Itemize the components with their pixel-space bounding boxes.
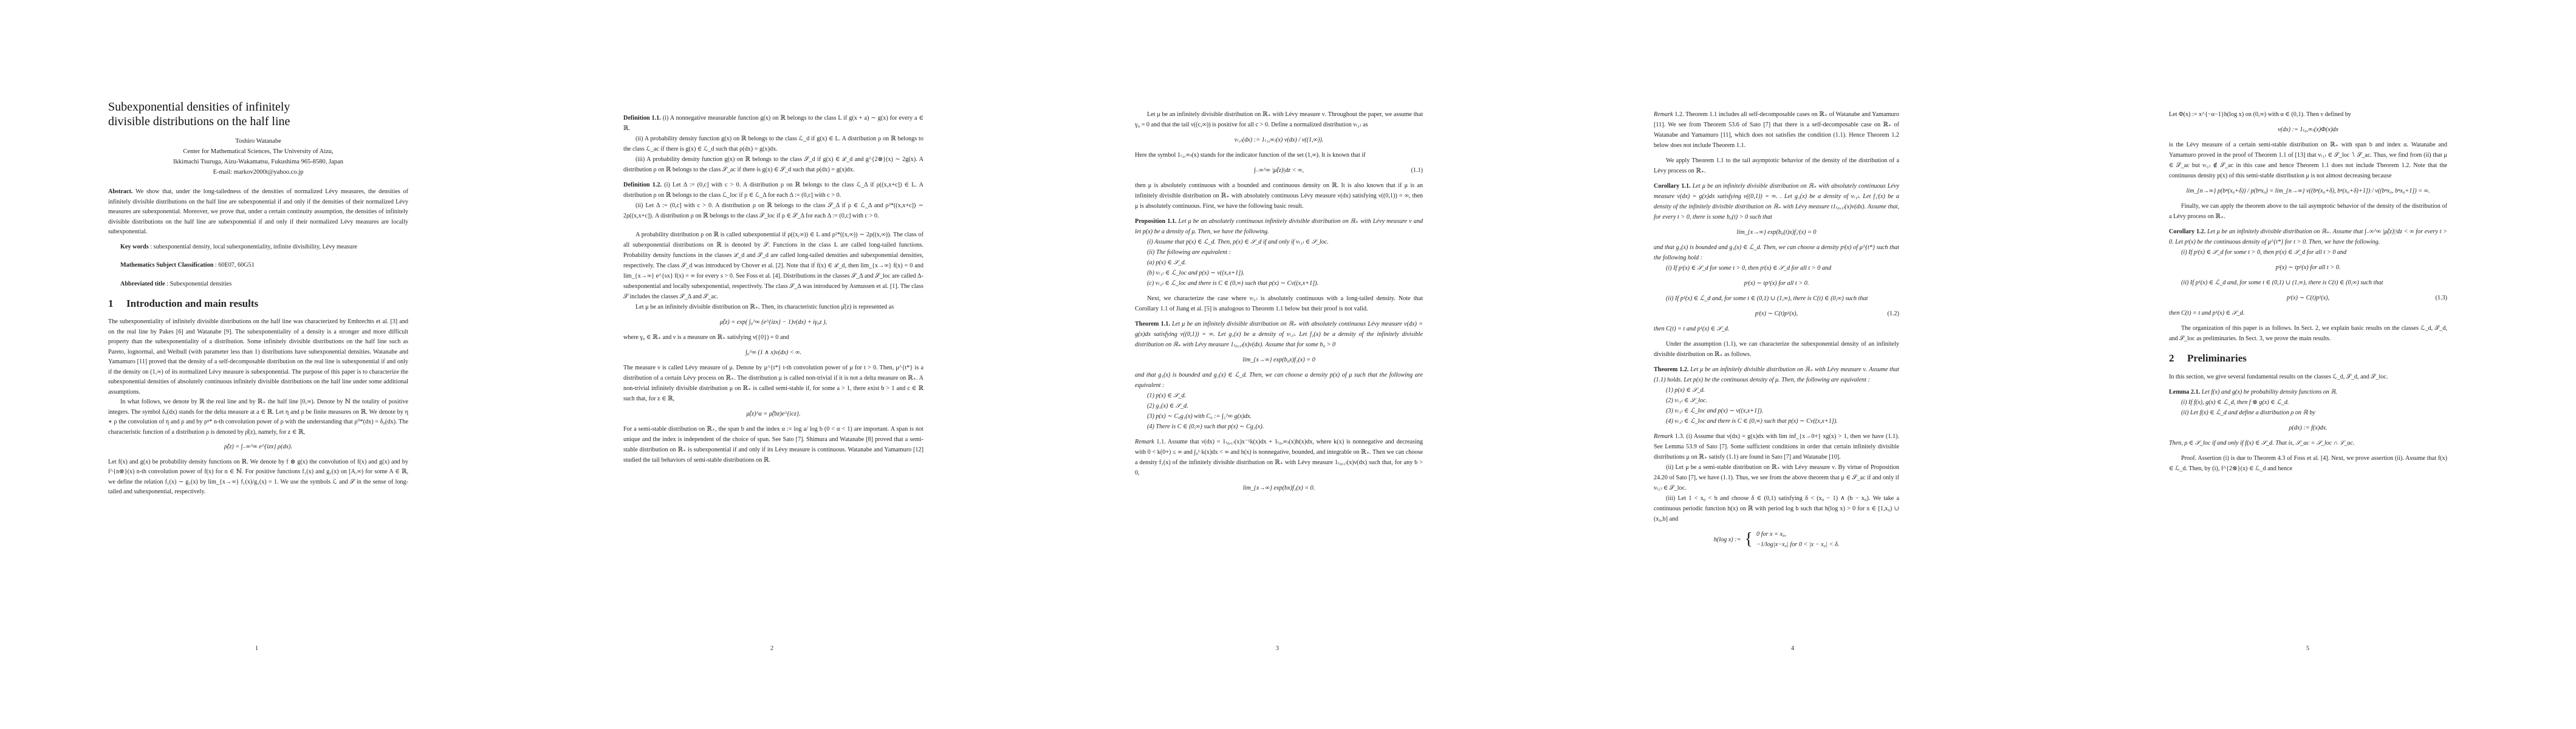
theorem-label: Theorem 1.1. [1135, 321, 1170, 327]
lemma-end: Then, ρ ∈ 𝒮_loc if and only if f(x) ∈ 𝒮_… [2169, 438, 2447, 448]
section-heading-1: 1Introduction and main results [108, 298, 408, 310]
page-number: 5 [2306, 645, 2309, 652]
definition-1-1-i: (i) A nonnegative measurable function g(… [623, 115, 923, 132]
remark-label: Remark [1135, 439, 1154, 445]
paragraph-preliminaries: In this section, we give several fundame… [2169, 372, 2447, 382]
paragraph-phi: Let Φ(x) := x^{−α−1}h(log x) on (0,∞) wi… [2169, 109, 2447, 120]
lemma-item-ii: (ii) Let f(x) ∈ ℒ_d and define a distrib… [2169, 408, 2447, 418]
theorem-item: (3) ν₍₁₎ ∈ ℒ_loc and p(x) ∼ ν((x,x+1]). [1654, 406, 1899, 416]
proposition-item: (ii) The following are equivalent : [1135, 247, 1423, 258]
keywords: Key words : subexponential density, loca… [108, 242, 408, 253]
equation-1-3-body: pᵗ(x) ∼ C(t)p¹(x), [2287, 295, 2329, 301]
page-number: 3 [1276, 645, 1279, 652]
paragraph-organization: The organization of this paper is as fol… [2169, 323, 2447, 344]
remark-number: 1.3. [1673, 433, 1685, 440]
paragraph-next: Next, we characterize the case where ν₍₁… [1135, 293, 1423, 314]
lemma-label: Lemma 2.1. [2169, 389, 2200, 395]
proposition-text: Let μ be an absolutely continuous infini… [1135, 218, 1423, 235]
corollary-item-ii: (ii) If p¹(x) ∈ ℒ_d and, for some t ∈ (0… [2169, 278, 2447, 288]
remark-1-3: Remark 1.3. (i) Assume that ν(dx) = g(x)… [1654, 431, 1899, 462]
page-3-body: Let μ be an infinitely divisible distrib… [1135, 109, 1423, 498]
definition-1-2-i: (i) Let Δ := (0,c] with c > 0. A distrib… [623, 182, 923, 199]
remark-1-3-i: (i) Assume that ν(dx) = g(x)dx with lim … [1654, 433, 1899, 460]
lemma-2-1: Lemma 2.1. Let f(x) and g(x) be probabil… [2169, 387, 2447, 397]
page-number: 4 [1791, 645, 1794, 652]
corollary-label: Corollary 1.1. [1654, 183, 1691, 190]
remark-text: Assume that ν(dx) = 1₍₀,₁₎(x)x⁻¹k(x)dx +… [1135, 439, 1423, 476]
equation-pt-tp1: pᵗ(x) ∼ tp¹(x) for all t > 0. [1654, 278, 1899, 289]
equation-limit-b: lim_{x→∞} exp(bx)f₁(x) = 0. [1135, 483, 1423, 493]
paragraph-indicator: Here the symbol 1₍₁,∞₎(x) stands for the… [1135, 150, 1423, 160]
theorem-item: (4) There is C ∈ (0,∞) such that p(x) ∼ … [1135, 422, 1423, 432]
page-number: 1 [255, 645, 258, 652]
affiliation-line-2: Ikkimachi Tsuruga, Aizu-Wakamatsu, Fukus… [108, 157, 408, 167]
theorem-text: Let μ be an infinitely divisible distrib… [1135, 321, 1423, 348]
equation-number: (1.2) [1887, 309, 1899, 319]
msc-text: : 60E07, 60G51 [213, 262, 254, 269]
equation-rho-f: ρ(dx) := f(x)dx. [2169, 423, 2447, 433]
definition-1-1-ii: (ii) A probability density function g(x)… [623, 134, 923, 154]
paragraph-under-assumption: Under the assumption (1.1), we can chara… [1654, 339, 1899, 360]
corollary-end: then C(t) = t and p¹(x) ∈ 𝒮_d. [1654, 324, 1899, 334]
equation-levy-khintchine: μ̂(z) = exp( ∫₀^∞ (e^{izx} − 1)ν(dx) + i… [623, 317, 923, 327]
theorem-text: Let μ be an infinitely divisible distrib… [1654, 366, 1899, 383]
equation-limit-b0t: lim_{x→∞} exp(b₀(t)x)f₁ᵗ(x) = 0 [1654, 227, 1899, 238]
author-block: Toshiro Watanabe Center for Mathematical… [108, 136, 408, 177]
remark-number: 1.2. [1673, 111, 1684, 118]
keywords-text: : subexponential density, local subexpon… [149, 244, 357, 250]
lemma-item-i: (i) If f(x), g(x) ∈ ℒ_d, then f ⊗ g(x) ∈… [2169, 397, 2447, 408]
equation-semi-stable: μ̂(z)^a = μ̂(bz)e^{icz}. [623, 409, 923, 419]
page-5-body: Let Φ(x) := x^{−α−1}h(log x) on (0,∞) wi… [2169, 109, 2447, 474]
corollary-1-2: Corollary 1.2. Let μ be an infinitely di… [2169, 227, 2447, 247]
paragraph-subexponential: A probability distribution ρ on ℝ is cal… [623, 230, 923, 302]
equation-h-case-2: −1/log|x−x₀| for 0 < |x − x₀| < δ. [1756, 539, 1839, 550]
intro-paragraph-2: In what follows, we denote by ℝ the real… [108, 397, 408, 437]
equation-number: (1.1) [1411, 165, 1423, 176]
abbrev-text: : Subexponential densities [165, 281, 232, 287]
equation-1-2: pᵗ(x) ∼ C(t)p¹(x), (1.2) [1654, 309, 1899, 319]
remark-1-3-iii: (iii) Let 1 < x₀ < b and choose δ ∈ (0,1… [1654, 493, 1899, 524]
abstract-label: Abstract. [108, 188, 132, 195]
page-2: Definition 1.1. (i) A nonnegative measur… [515, 0, 1030, 729]
remark-1-1: Remark 1.1. Assume that ν(dx) = 1₍₀,₁₎(x… [1135, 437, 1423, 478]
equation-nu-phi: ν(dx) := 1₍₀,∞₎(x)Φ(x)dx [2169, 125, 2447, 135]
page-number: 2 [770, 645, 773, 652]
abbrev-label: Abbreviated title [120, 281, 165, 287]
remark-1-2: Remark 1.2. Theorem 1.1 includes all sel… [1654, 109, 1899, 151]
corollary-1-1: Corollary 1.1. Let μ be an infinitely di… [1654, 181, 1899, 222]
page-4-body: Remark 1.2. Theorem 1.1 includes all sel… [1654, 109, 1899, 555]
proof-paragraph: Proof. Assertion (i) is due to Theorem 4… [2169, 453, 2447, 474]
corollary-text: Let μ be an infinitely divisible distrib… [2169, 228, 2447, 245]
proposition-1-1: Proposition 1.1. Let μ be an absolutely … [1135, 216, 1423, 237]
remark-number: 1.1. [1154, 439, 1166, 445]
brace-icon: { [1745, 531, 1753, 548]
author-name: Toshiro Watanabe [108, 136, 408, 146]
abstract: Abstract. We show that, under the long-t… [108, 187, 408, 238]
intro-paragraph-1: The subexponentiality of infinitely divi… [108, 317, 408, 397]
page-3: Let μ be an infinitely divisible distrib… [1030, 0, 1546, 729]
theorem-item: (1) p(x) ∈ 𝒮_d. [1654, 385, 1899, 395]
equation-1-1-body: ∫₋∞^∞ |μ̂(z)|dz < ∞, [1254, 167, 1304, 174]
equation-1-2-body: pᵗ(x) ∼ C(t)p¹(x), [1755, 310, 1798, 317]
abstract-text: We show that, under the long-tailedness … [108, 188, 408, 235]
keywords-label: Key words [120, 244, 149, 250]
definition-1-1-iii: (iii) A probability density function g(x… [623, 154, 923, 175]
remark-1-3-ii: (ii) Let μ be a semi-stable distribution… [1654, 462, 1899, 493]
theorem-item: (4) ν₍₁₎ ∈ ℒ_loc and there is C ∈ (0,∞) … [1654, 416, 1899, 426]
remark-text: Theorem 1.1 includes all self-decomposab… [1654, 111, 1899, 149]
proposition-item: (i) Assume that p(x) ∈ ℒ_d. Then, p(x) ∈… [1135, 237, 1423, 247]
equation-char-function: ρ̂(z) = ∫₋∞^∞ e^{izx} ρ(dx). [108, 442, 408, 453]
page-1: Subexponential densities of infinitely d… [0, 0, 515, 729]
paragraph-semi-stable: For a semi-stable distribution on ℝ₊, th… [623, 424, 923, 465]
page-4: Remark 1.2. Theorem 1.1 includes all sel… [1546, 0, 2061, 729]
definition-1-2: Definition 1.2. (i) Let Δ := (0,c] with … [623, 180, 923, 200]
equation-h-cases: 0 for x = x₀, −1/log|x−x₀| for 0 < |x − … [1756, 529, 1839, 550]
paragraph-levy-semi-stable: is the Lévy measure of a certain semi-st… [2169, 140, 2447, 181]
paragraph-apply: We apply Theorem 1.1 to the tail asympto… [1654, 156, 1899, 176]
paragraph-char-function: Let μ be an infinitely divisible distrib… [623, 302, 923, 312]
page-1-body: Abstract. We show that, under the long-t… [108, 187, 408, 498]
proposition-item: (a) p(x) ∈ 𝒮_d. [1135, 258, 1423, 268]
definition-1-2-ii: (ii) Let Δ := (0,c] with c > 0. A distri… [623, 200, 923, 221]
corollary-label: Corollary 1.2. [2169, 228, 2205, 235]
theorem-item: (1) p(x) ∈ 𝒮_d. [1135, 391, 1423, 401]
equation-limit-b0: lim_{x→∞} exp(b₀x)f₁(x) = 0 [1135, 355, 1423, 365]
equation-h-log: h(log x) := { 0 for x = x₀, −1/log|x−x₀|… [1654, 529, 1899, 550]
intro-paragraph-3: Let f(x) and g(x) be probability density… [108, 457, 408, 498]
equation-normalized-distribution: ν₍₁₎(dx) := 1₍₁,∞₎(x) ν(dx) / ν((1,∞)). [1135, 135, 1423, 145]
affiliation-line-1: Center for Mathematical Sciences, The Un… [108, 146, 408, 157]
section-title: Introduction and main results [126, 298, 258, 309]
equation-1-3: pᵗ(x) ∼ C(t)p¹(x), (1.3) [2169, 293, 2447, 303]
section-number: 2 [2169, 352, 2187, 364]
paragraph-where: where γ₀ ∈ ℝ₊ and ν is a measure on ℝ₊ s… [623, 332, 923, 343]
equation-h-case-1: 0 for x = x₀, [1756, 529, 1839, 539]
section-number: 1 [108, 298, 126, 310]
equation-1-1: ∫₋∞^∞ |μ̂(z)|dz < ∞, (1.1) [1135, 165, 1423, 176]
section-title: Preliminaries [2187, 352, 2247, 364]
equation-pt-tp1: pᵗ(x) ∼ tp¹(x) for all t > 0. [2169, 262, 2447, 273]
theorem-text-continued: and that g₁(x) is bounded and g₁(x) ∈ ℒ_… [1135, 370, 1423, 391]
page-5: Let Φ(x) := x^{−α−1}h(log x) on (0,∞) wi… [2061, 0, 2576, 729]
corollary-text-continued: and that g₁(x) is bounded and g₁(x) ∈ ℒ_… [1654, 242, 1899, 263]
corollary-item-i: (i) If pᵗ(x) ∈ 𝒮_d for some t > 0, then … [2169, 247, 2447, 258]
theorem-1-1: Theorem 1.1. Let μ be an infinitely divi… [1135, 319, 1423, 350]
paragraph-finally: Finally, we can apply the theorem above … [2169, 201, 2447, 222]
section-heading-2: 2Preliminaries [2169, 352, 2447, 364]
lemma-text: Let f(x) and g(x) be probability density… [2202, 389, 2337, 395]
paragraph-levy-measure: The measure ν is called Lévy measure of … [623, 363, 923, 404]
theorem-label: Theorem 1.2. [1654, 366, 1688, 373]
definition-1-1: Definition 1.1. (i) A nonnegative measur… [623, 113, 923, 134]
theorem-item: (2) ν₍₁₎ ∈ 𝒮_loc. [1654, 395, 1899, 406]
theorem-item: (2) g₁(x) ∈ 𝒮_d. [1135, 401, 1423, 411]
paragraph-normalized: Let μ be an infinitely divisible distrib… [1135, 109, 1423, 130]
proposition-label: Proposition 1.1. [1135, 218, 1177, 225]
remark-label: Remark [1654, 111, 1673, 118]
msc-label: Mathematics Subject Classification [120, 262, 213, 269]
definition-label: Definition 1.2. [623, 182, 662, 188]
msc: Mathematics Subject Classification : 60E… [108, 261, 408, 271]
theorem-1-2: Theorem 1.2. Let μ be an infinitely divi… [1654, 364, 1899, 385]
definition-label: Definition 1.1. [623, 115, 661, 122]
proposition-item: (c) ν₍₁₎ ∈ ℒ_loc and there is C ∈ (0,∞) … [1135, 278, 1423, 289]
corollary-item-ii: (ii) If p¹(x) ∈ ℒ_d and, for some t ∈ (0… [1654, 293, 1899, 304]
author-email: E-mail: markov2000t@yahoo.co.jp [108, 167, 408, 177]
theorem-item: (3) p(x) ∼ C₀g₁(x) with C₀ := ∫₁^∞ g(x)d… [1135, 411, 1423, 422]
equation-limit-ratio: lim_{n→∞} p(bⁿ(x₀+δ)) / p(bⁿx₀) = lim_{n… [2169, 186, 2447, 196]
equation-integrability: ∫₀^∞ (1 ∧ x)ν(dx) < ∞. [623, 347, 923, 358]
remark-label: Remark [1654, 433, 1673, 440]
proposition-item: (b) ν₍₁₎ ∈ ℒ_loc and p(x) ∼ ν((x,x+1]). [1135, 268, 1423, 278]
paper-title: Subexponential densities of infinitely d… [108, 100, 309, 129]
equation-h-lhs: h(log x) := [1714, 535, 1741, 545]
paragraph-absolutely-continuous: then μ is absolutely continuous with a b… [1135, 180, 1423, 211]
corollary-item-i: (i) If pᵗ(x) ∈ 𝒮_d for some t > 0, then … [1654, 263, 1899, 273]
page-2-body: Definition 1.1. (i) A nonnegative measur… [623, 113, 923, 465]
abbreviated-title: Abbreviated title : Subexponential densi… [108, 279, 408, 290]
corollary-end: then C(t) = t and p¹(x) ∈ 𝒮_d. [2169, 308, 2447, 318]
corollary-text: Let μ be an infinitely divisible distrib… [1654, 183, 1899, 221]
equation-number: (1.3) [2435, 293, 2447, 303]
